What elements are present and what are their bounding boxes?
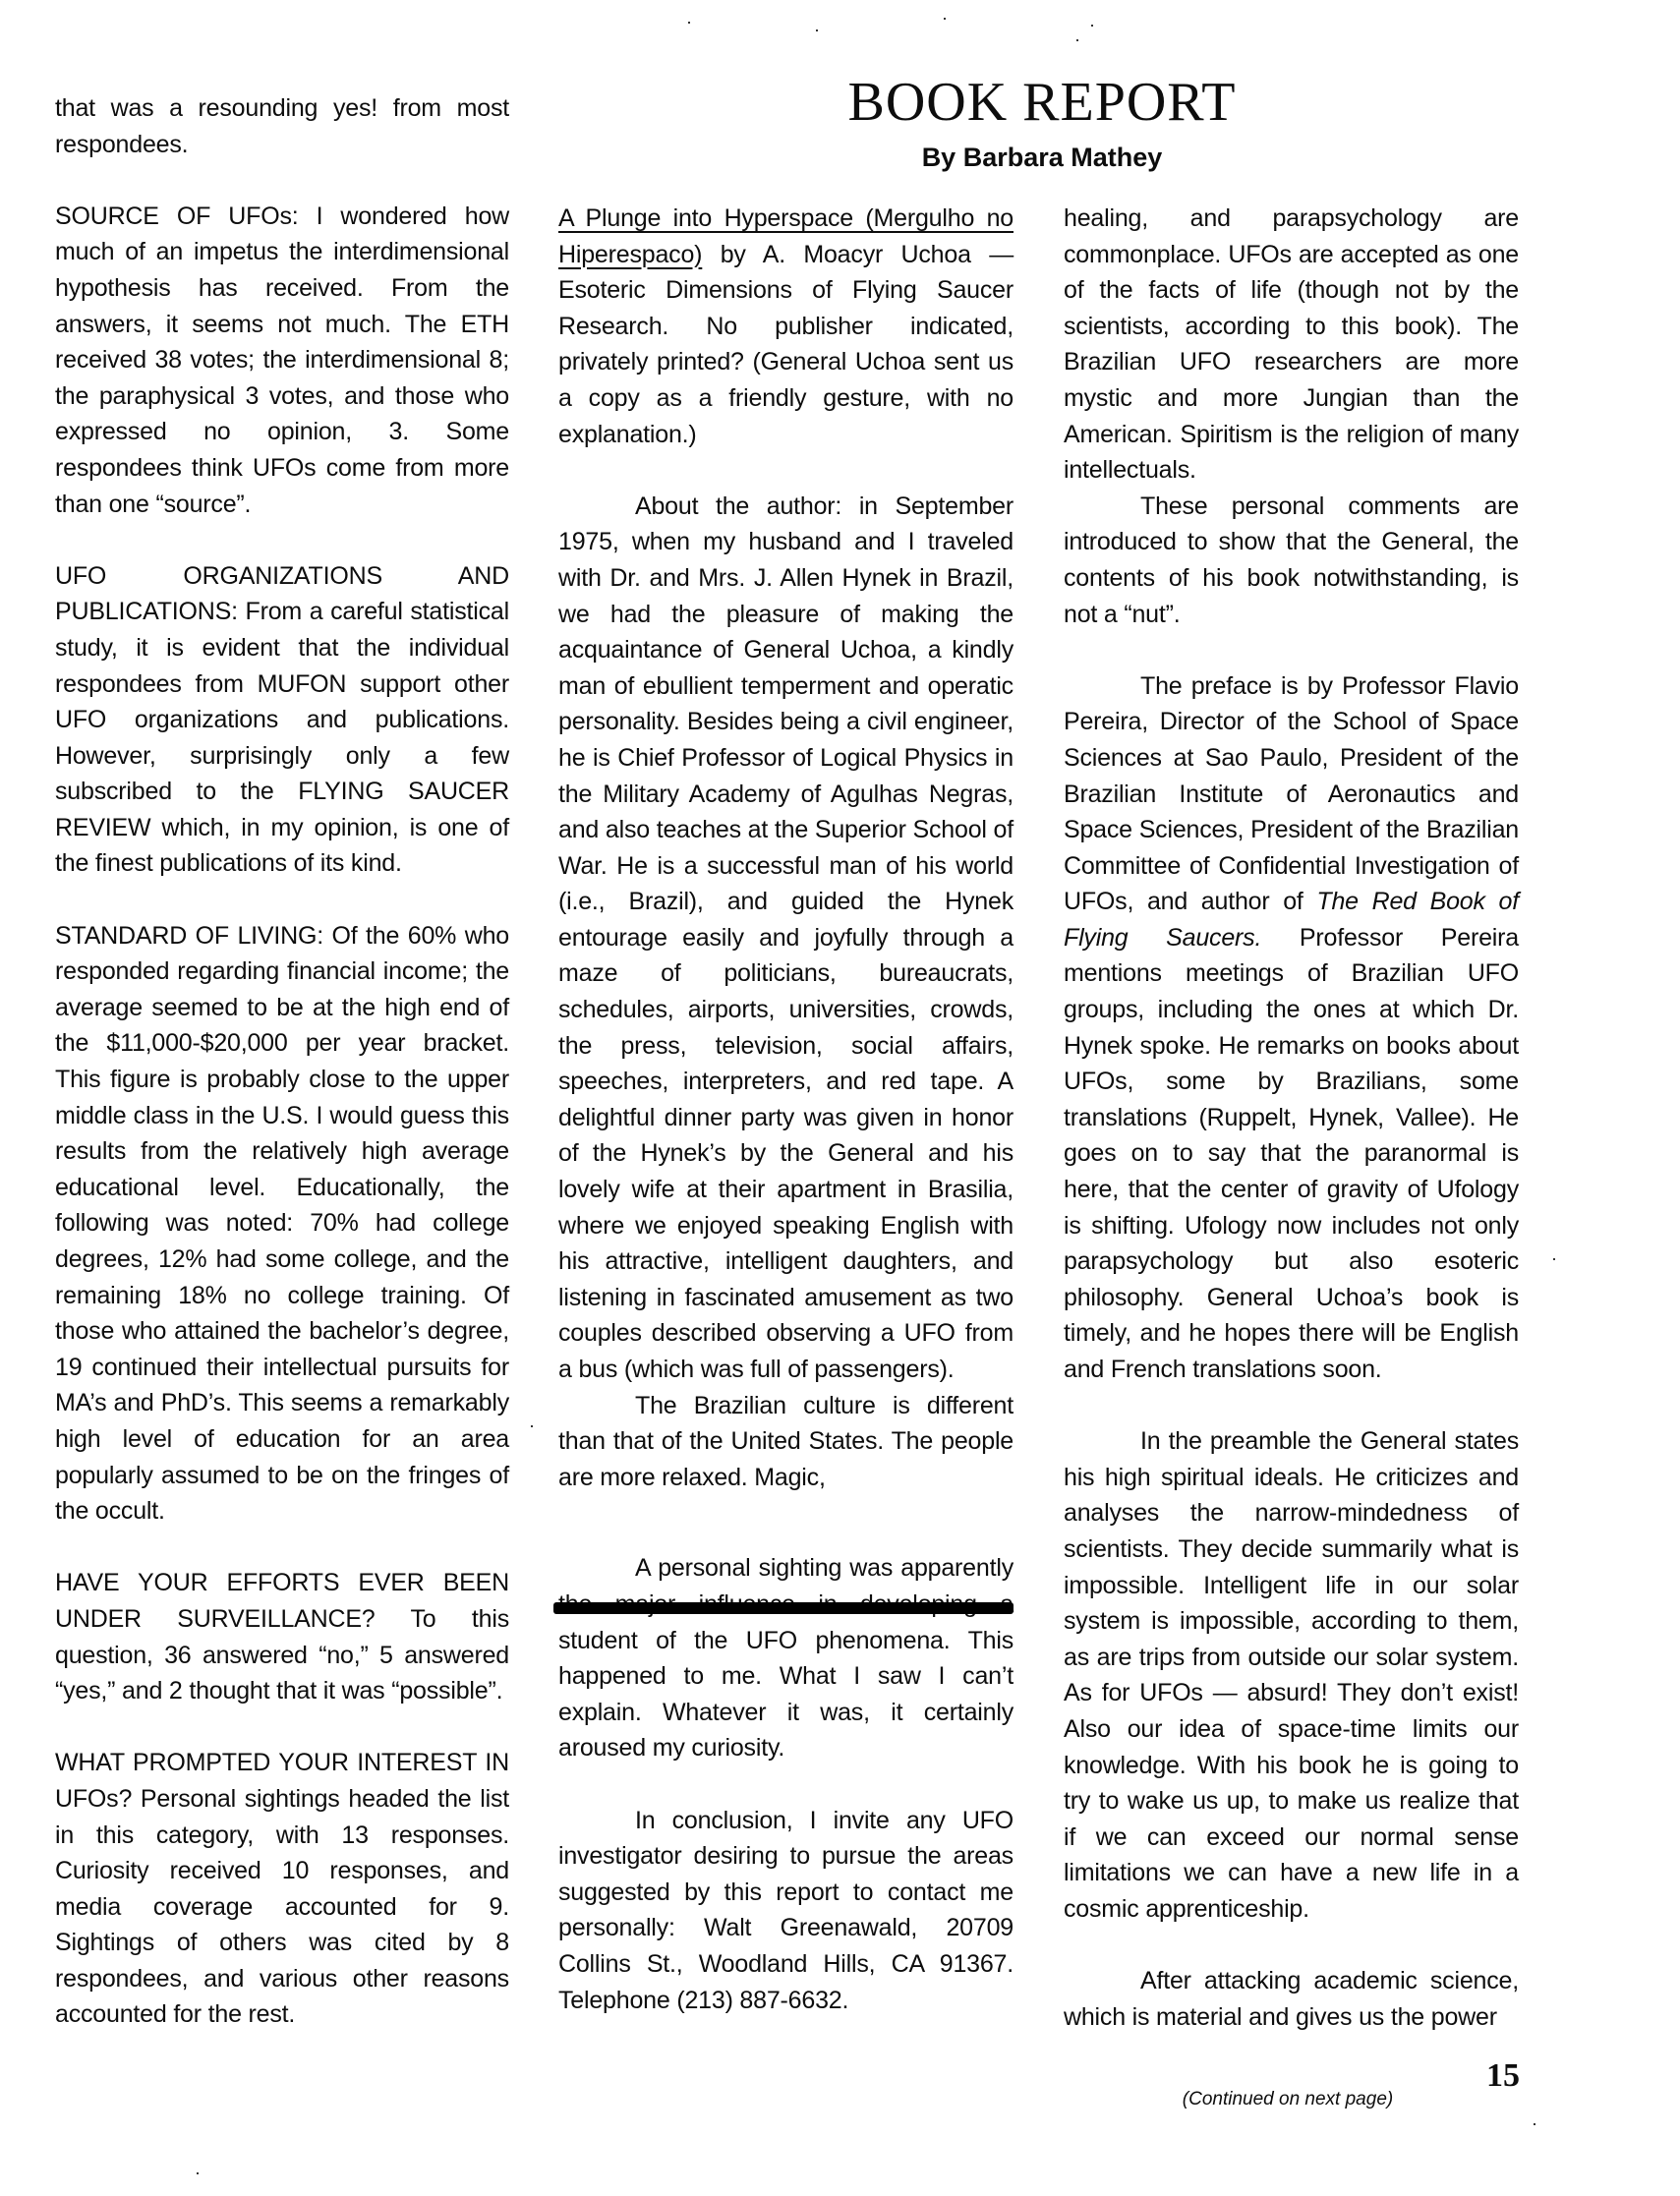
scan-speck — [531, 1425, 533, 1427]
paragraph-after-attacking: After attacking academic science, which … — [1064, 1963, 1519, 2035]
article-byline: By Barbara Mathey — [806, 142, 1278, 173]
preface-text-a: The preface is by Professor Flavio Perei… — [1064, 672, 1519, 916]
book-citation-details: by A. Moacyr Uchoa — Esoteric Dimensions… — [558, 241, 1014, 448]
scan-speck — [1091, 25, 1093, 27]
paragraph-survey-continuation: that was a resounding yes! from most res… — [55, 90, 509, 162]
middle-column: A Plunge into Hyperspace (Mergulho no Hi… — [558, 201, 1014, 2018]
scan-speck — [816, 29, 818, 31]
right-column: healing, and parapsychology are commonpl… — [1064, 201, 1519, 2035]
paragraph-brazilian-culture: The Brazilian culture is different than … — [558, 1388, 1014, 1496]
section-divider-rule — [553, 1602, 1014, 1614]
page-number: 15 — [1486, 2056, 1520, 2096]
article-title: BOOK REPORT — [806, 73, 1278, 132]
paragraph-source-of-ufos: SOURCE OF UFOs: I wondered how much of a… — [55, 199, 509, 522]
paragraph-surveillance: HAVE YOUR EFFORTS EVER BEEN UNDER SURVEI… — [55, 1565, 509, 1708]
paragraph-magic-healing: healing, and parapsychology are commonpl… — [1064, 201, 1519, 489]
scan-speck — [688, 22, 690, 24]
paragraph-standard-of-living: STANDARD OF LIVING: Of the 60% who respo… — [55, 918, 509, 1530]
paragraph-preface: The preface is by Professor Flavio Perei… — [1064, 668, 1519, 1388]
scan-speck — [944, 18, 946, 20]
paragraph-preamble: In the preamble the General states his h… — [1064, 1423, 1519, 1927]
paragraph-ufo-organizations: UFO ORGANIZATIONS AND PUBLICATIONS: From… — [55, 558, 509, 882]
paragraph-personal-sighting: A personal sighting was apparently the m… — [558, 1550, 1014, 1766]
scan-speck — [1076, 39, 1078, 41]
scan-speck — [197, 2172, 199, 2174]
paragraph-book-citation: A Plunge into Hyperspace (Mergulho no Hi… — [558, 201, 1014, 452]
scan-speck — [1553, 1258, 1555, 1260]
paragraph-conclusion-contact: In conclusion, I invite any UFO investig… — [558, 1803, 1014, 2019]
paragraph-interest-in-ufos: WHAT PROMPTED YOUR INTEREST IN UFOs? Per… — [55, 1745, 509, 2033]
scan-speck — [1534, 2123, 1535, 2125]
paragraph-personal-comments: These personal comments are introduced t… — [1064, 489, 1519, 632]
left-column: that was a resounding yes! from most res… — [55, 90, 509, 2033]
continued-notice: (Continued on next page) — [1111, 2088, 1465, 2111]
paragraph-about-author: About the author: in September 1975, whe… — [558, 489, 1014, 1388]
preface-text-b: Professor Pereira mentions meetings of B… — [1064, 924, 1519, 1383]
